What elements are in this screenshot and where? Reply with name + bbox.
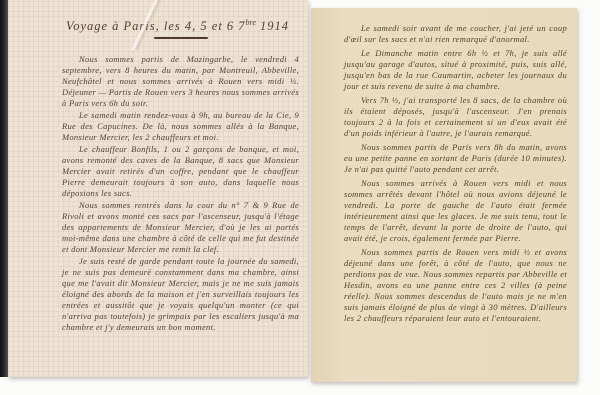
paragraph: Le samedi matin rendez-vous à 9h, au bur… bbox=[62, 110, 299, 143]
letter-page-right: Le samedi soir avant de me coucher, j'ai… bbox=[311, 8, 577, 382]
letter-page-left: Voyage à Paris, les 4, 5 et 6 7bre 1914 … bbox=[8, 0, 308, 377]
paragraph: Le Dimanche matin entre 6h ½ et 7h, je s… bbox=[344, 48, 567, 92]
paragraph: Nous sommes arrivés à Rouen vers midi et… bbox=[344, 178, 567, 244]
paragraph: Le chauffeur Bonfils, 1 ou 2 garçons de … bbox=[62, 144, 299, 199]
paragraph: Vers 7h ½, j'ai transporté les 8 sacs, d… bbox=[344, 95, 567, 139]
title-superscript: bre bbox=[246, 18, 256, 27]
paragraph: Nous sommes partis de Rouen vers midi ½ … bbox=[344, 247, 567, 324]
scan-background: Voyage à Paris, les 4, 5 et 6 7bre 1914 … bbox=[0, 0, 600, 395]
paragraph: Le samedi soir avant de me coucher, j'ai… bbox=[344, 23, 567, 45]
paragraph: Nous sommes partis de Mazingarbe, le ven… bbox=[62, 54, 299, 109]
title-year: 1914 bbox=[256, 19, 289, 33]
page-title: Voyage à Paris, les 4, 5 et 6 7bre 1914 bbox=[56, 14, 299, 35]
scan-edge-shadow bbox=[0, 0, 8, 377]
paragraph: Nous sommes partis de Paris vers 8h du m… bbox=[344, 142, 567, 175]
title-text: Voyage à Paris, les 4, 5 et 6 7 bbox=[66, 19, 246, 33]
paragraph: Je suis resté de garde pendant toute la … bbox=[62, 256, 299, 333]
paragraph: Nous sommes rentrés dans la cour du n° 7… bbox=[62, 200, 299, 255]
title-underline bbox=[154, 37, 208, 39]
